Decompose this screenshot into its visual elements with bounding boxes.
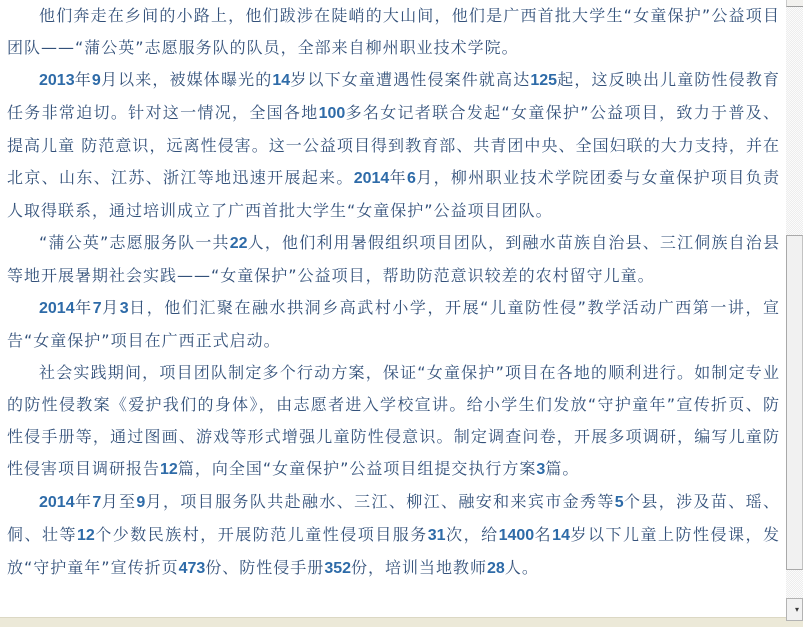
number-text: 6 [407, 170, 416, 187]
number-text: 7 [93, 300, 102, 317]
paragraph: 2014年7月至9月，项目服务队共赴融水、三江、柳江、融安和来宾市金秀等5个县，… [7, 486, 780, 585]
body-text: 名 [534, 525, 552, 544]
number-text: 3 [536, 461, 545, 478]
paragraph: 社会实践期间，项目团队制定多个行动方案，保证“女童保护”项目在各地的顺利进行。如… [7, 357, 780, 486]
body-text: 年 [389, 168, 407, 187]
vertical-scrollbar[interactable]: ▾ [786, 0, 803, 627]
number-text: 14 [272, 72, 290, 89]
number-text: 31 [428, 527, 446, 544]
number-text: 9 [136, 494, 145, 511]
number-text: 125 [530, 72, 557, 89]
number-text: 352 [324, 560, 351, 577]
number-text: 2014 [354, 170, 390, 187]
number-text: 14 [552, 527, 570, 544]
article-text: 他们奔走在乡间的小路上，他们跋涉在陡峭的大山间，他们是广西首批大学生“女童保护”… [0, 0, 786, 617]
body-text: 月以来，被媒体曝光的 [101, 70, 273, 89]
number-text: 3 [120, 300, 129, 317]
paragraph: 2014年7月3日，他们汇聚在融水拱洞乡高武村小学，开展“儿童防性侵”教学活动广… [7, 292, 780, 357]
body-text: 次，给 [446, 525, 499, 544]
number-text: 28 [487, 560, 505, 577]
page: 他们奔走在乡间的小路上，他们跋涉在陡峭的大山间，他们是广西首批大学生“女童保护”… [0, 0, 803, 627]
body-text: 年 [75, 70, 92, 89]
scrollbar-up-button[interactable] [786, 0, 803, 7]
number-text: 9 [92, 72, 101, 89]
body-text: 年 [75, 492, 93, 511]
scrollbar-down-button[interactable]: ▾ [786, 598, 803, 621]
number-text: 12 [77, 527, 95, 544]
number-text: 473 [179, 560, 206, 577]
body-text: 篇。 [545, 459, 579, 478]
number-text: 12 [160, 461, 178, 478]
scroll-down-icon: ▾ [795, 605, 799, 614]
number-text: 7 [92, 494, 101, 511]
body-text: 人。 [505, 558, 539, 577]
scrollbar-thumb[interactable] [786, 235, 803, 570]
number-text: 2014 [39, 494, 75, 511]
window-bottom-bar [0, 617, 803, 627]
body-text: 份，培训当地教师 [351, 558, 487, 577]
paragraph: “蒲公英”志愿服务队一共22人，他们利用暑假组织项目团队，到融水苗族自治县、三江… [7, 227, 780, 292]
scrollbar-bottom-gap [786, 621, 803, 627]
body-text: 个少数民族村，开展防范儿童性侵项目服务 [95, 525, 428, 544]
number-text: 5 [615, 494, 624, 511]
body-text: 月 [102, 298, 120, 317]
number-text: 22 [230, 235, 248, 252]
body-text: 他们奔走在乡间的小路上，他们跋涉在陡峭的大山间，他们是广西首批大学生“女童保护”… [7, 6, 780, 57]
number-text: 100 [319, 105, 346, 122]
paragraph: 他们奔走在乡间的小路上，他们跋涉在陡峭的大山间，他们是广西首批大学生“女童保护”… [7, 0, 780, 64]
body-text: 年 [75, 298, 93, 317]
number-text: 2013 [39, 72, 75, 89]
body-text: 月，项目服务队共赴融水、三江、柳江、融安和来宾市金秀等 [145, 492, 614, 511]
body-text: “蒲公英”志愿服务队一共 [39, 233, 230, 252]
body-text: 篇，向全国“女童保护”公益项目组提交执行方案 [178, 459, 537, 478]
number-text: 2014 [39, 300, 75, 317]
body-text: 岁以下女童遭遇性侵案件就高达 [290, 70, 530, 89]
number-text: 1400 [499, 527, 535, 544]
paragraph: 2013年9月以来，被媒体曝光的14岁以下女童遭遇性侵案件就高达125起，这反映… [7, 64, 780, 227]
body-text: 份、防性侵手册 [205, 558, 324, 577]
body-text: 月至 [101, 492, 136, 511]
